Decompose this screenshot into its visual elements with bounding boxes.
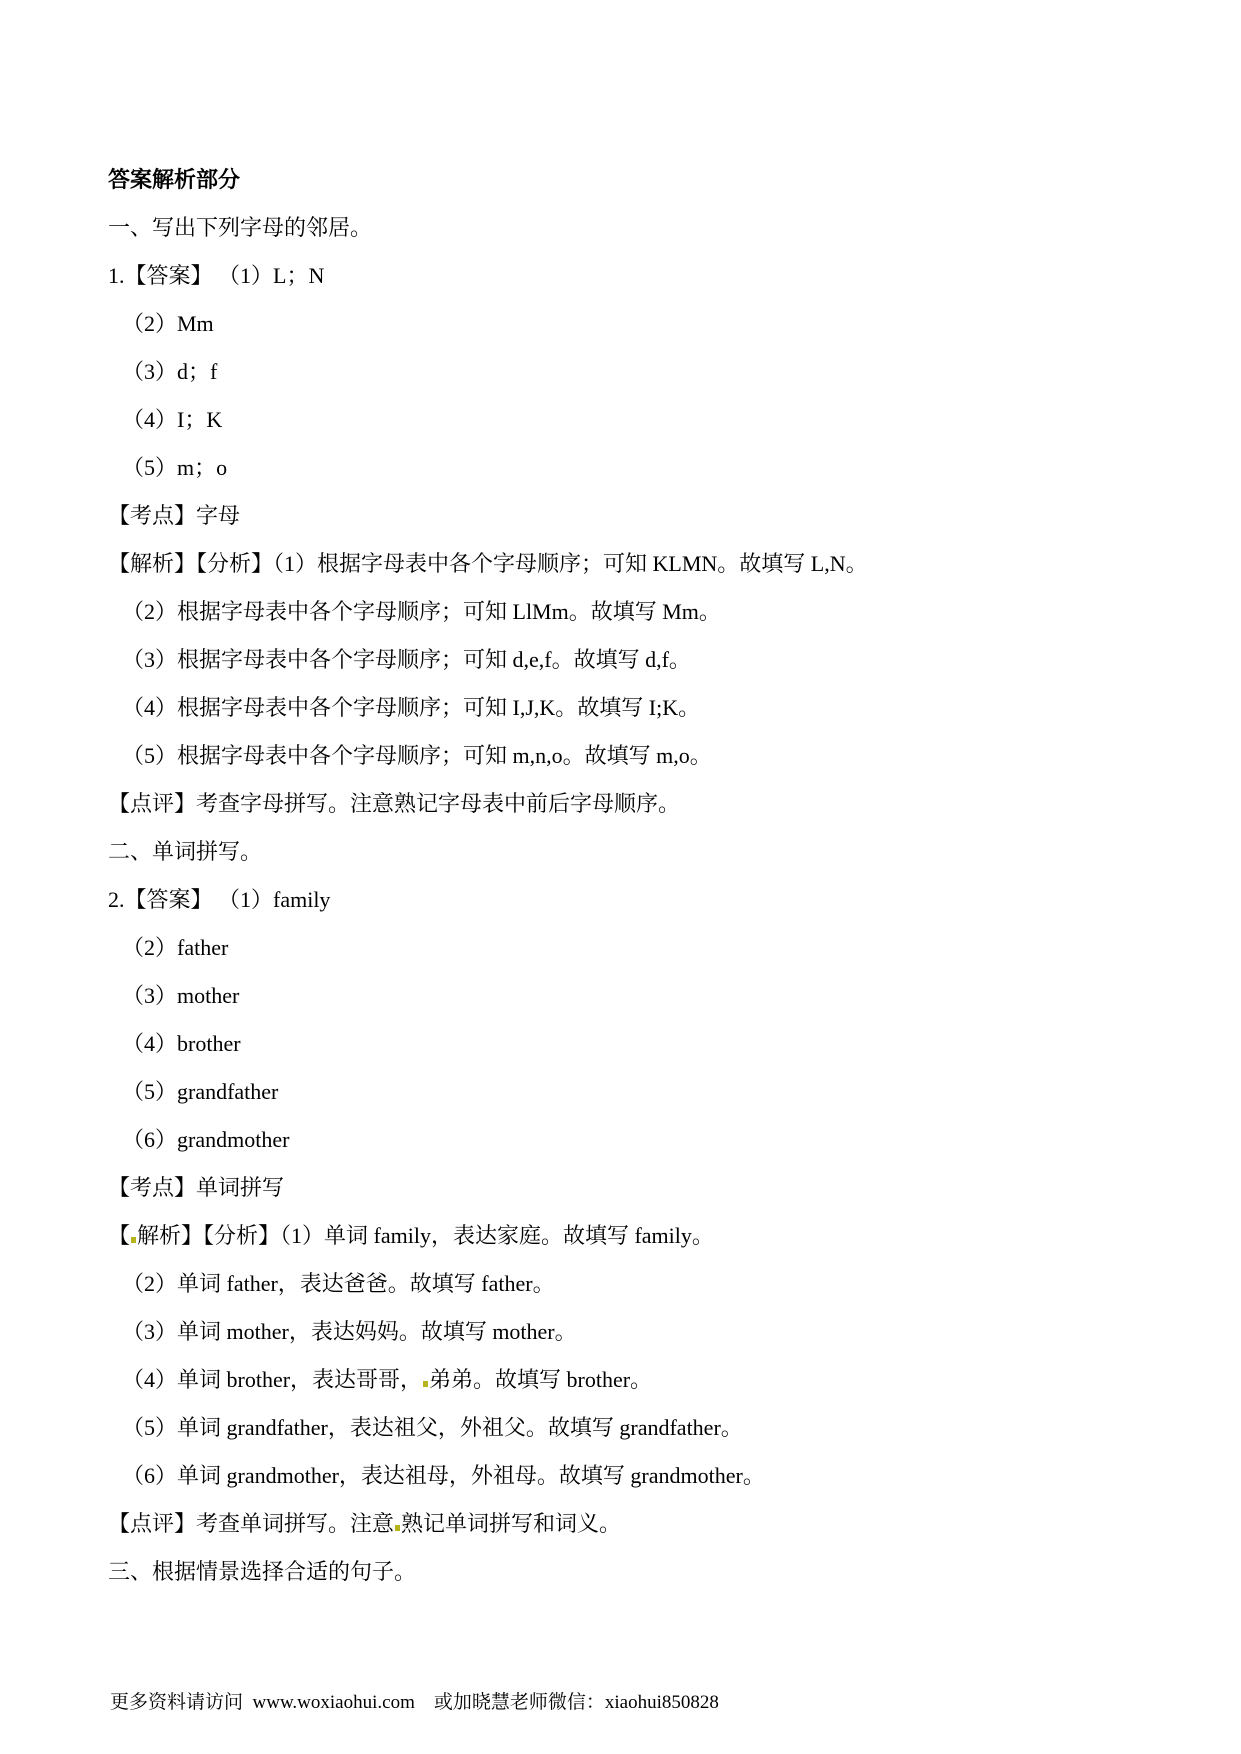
answer-2-analysis-3: （3）单词 mother，表达妈妈。故填写 mother。 [108,1308,1191,1356]
answer-analysis-document: 答案解析部分 一、写出下列字母的邻居。 1.【答案】 （1）L；N （2）Mm … [108,156,1191,1596]
answer-1-analysis-4: （4）根据字母表中各个字母顺序；可知 I,J,K。故填写 I;K。 [108,684,1191,732]
answer-2-analysis-2: （2）单词 father，表达爸爸。故填写 father。 [108,1260,1191,1308]
answer-2-item-5: （5）grandfather [108,1068,1191,1116]
answer-1-dianping: 【点评】考查字母拼写。注意熟记字母表中前后字母顺序。 [108,780,1191,828]
spellcheck-dot-icon [131,1237,136,1243]
answer-1-analysis-1: 【解析】【分析】（1）根据字母表中各个字母顺序；可知 KLMN。故填写 L,N。 [108,540,1191,588]
text-before-dot: 【点评】考查单词拼写。注意 [108,1511,394,1536]
section-2-heading: 二、单词拼写。 [108,828,1191,876]
page-title: 答案解析部分 [108,156,1191,204]
answer-2-dianping: 【点评】考查单词拼写。注意熟记单词拼写和词义。 [108,1500,1191,1548]
footer-note: 更多资料请访问 www.woxiaohui.com 或加晓慧老师微信：xiaoh… [110,1688,719,1718]
answer-1-item-2: （2）Mm [108,300,1191,348]
answer-2-analysis-4: （4）单词 brother，表达哥哥，弟弟。故填写 brother。 [108,1356,1191,1404]
answer-2-line-1: 2.【答案】 （1）family [108,876,1191,924]
answer-2-item-3: （3）mother [108,972,1191,1020]
answer-1-line-1: 1.【答案】 （1）L；N [108,252,1191,300]
answer-2-analysis-6: （6）单词 grandmother，表达祖母，外祖母。故填写 grandmoth… [108,1452,1191,1500]
section-1-heading: 一、写出下列字母的邻居。 [108,204,1191,252]
answer-2-item-4: （4）brother [108,1020,1191,1068]
answer-2-item-2: （2）father [108,924,1191,972]
answer-1-analysis-3: （3）根据字母表中各个字母顺序；可知 d,e,f。故填写 d,f。 [108,636,1191,684]
text-after-dot: 解析】【分析】（1）单词 family，表达家庭。故填写 family。 [137,1223,714,1248]
answer-2-analysis-1: 【解析】【分析】（1）单词 family，表达家庭。故填写 family。 [108,1212,1191,1260]
answer-1-item-4: （4）I；K [108,396,1191,444]
answer-1-analysis-2: （2）根据字母表中各个字母顺序；可知 LlMm。故填写 Mm。 [108,588,1191,636]
spellcheck-dot-icon [395,1525,400,1531]
answer-1-analysis-5: （5）根据字母表中各个字母顺序；可知 m,n,o。故填写 m,o。 [108,732,1191,780]
answer-1-item-5: （5）m；o [108,444,1191,492]
spellcheck-dot-icon [423,1381,428,1387]
text-after-dot: 弟弟。故填写 brother。 [429,1367,652,1392]
text-after-dot: 熟记单词拼写和词义。 [401,1511,621,1536]
section-3-heading: 三、根据情景选择合适的句子。 [108,1548,1191,1596]
answer-2-kaodian: 【考点】单词拼写 [108,1164,1191,1212]
answer-2-analysis-5: （5）单词 grandfather，表达祖父，外祖父。故填写 grandfath… [108,1404,1191,1452]
text-before-dot: 【 [108,1223,130,1248]
answer-2-item-6: （6）grandmother [108,1116,1191,1164]
answer-1-kaodian: 【考点】字母 [108,492,1191,540]
text-before-dot: （4）单词 brother，表达哥哥， [122,1367,422,1392]
answer-1-item-3: （3）d；f [108,348,1191,396]
